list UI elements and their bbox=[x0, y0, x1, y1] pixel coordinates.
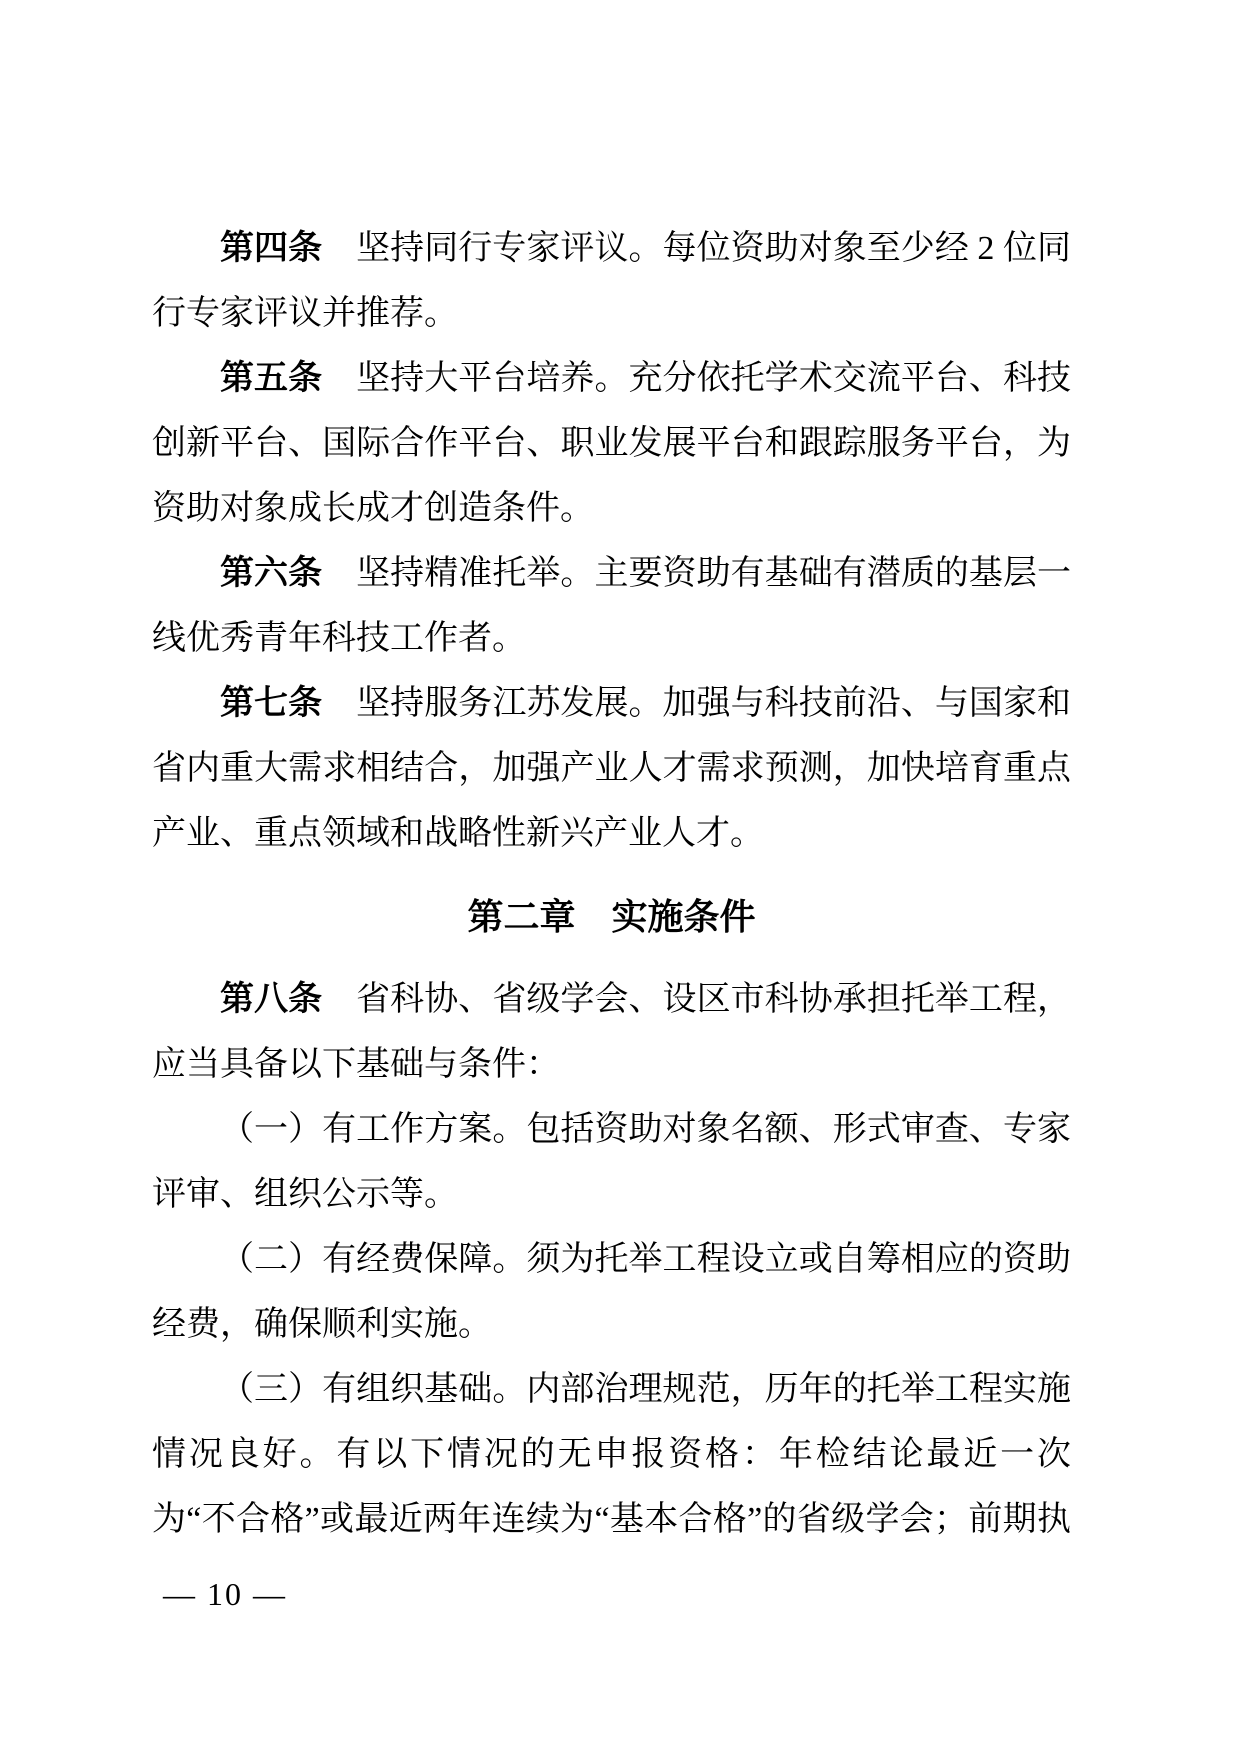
article-number: 第八条 bbox=[220, 981, 322, 1018]
article-paragraph: 第四条坚持同行专家评议。每位资助对象至少经 2 位同行专家评议并推荐。 bbox=[152, 216, 1071, 346]
article-paragraph: 第五条坚持大平台培养。充分依托学术交流平台、科技创新平台、国际合作平台、职业发展… bbox=[152, 346, 1071, 541]
article-paragraph: 第八条省科协、省级学会、设区市科协承担托举工程，应当具备以下基础与条件： bbox=[152, 967, 1071, 1097]
clause-paragraph: （一）有工作方案。包括资助对象名额、形式审查、专家评审、组织公示等。 bbox=[152, 1097, 1071, 1227]
document-body: 第四条坚持同行专家评议。每位资助对象至少经 2 位同行专家评议并推荐。 第五条坚… bbox=[152, 216, 1071, 1552]
clause-text: （三）有组织基础。内部治理规范，历年的托举工程实施情况良好。有以下情况的无申报资… bbox=[152, 1371, 1071, 1552]
article-number: 第四条 bbox=[220, 230, 322, 267]
page-number: — 10 — bbox=[163, 1562, 287, 1627]
article-paragraph: 第七条坚持服务江苏发展。加强与科技前沿、与国家和省内重大需求相结合，加强产业人才… bbox=[152, 671, 1071, 866]
clause-text: （一）有工作方案。包括资助对象名额、形式审查、专家评审、组织公示等。 bbox=[152, 1111, 1071, 1213]
chapter-heading: 第二章 实施条件 bbox=[152, 884, 1071, 949]
article-number: 第六条 bbox=[220, 555, 322, 592]
article-paragraph: 第六条坚持精准托举。主要资助有基础有潜质的基层一线优秀青年科技工作者。 bbox=[152, 541, 1071, 671]
document-page: 第四条坚持同行专家评议。每位资助对象至少经 2 位同行专家评议并推荐。 第五条坚… bbox=[0, 0, 1241, 1754]
article-number: 第五条 bbox=[220, 360, 322, 397]
clause-text: （二）有经费保障。须为托举工程设立或自筹相应的资助经费，确保顺利实施。 bbox=[152, 1241, 1071, 1343]
clause-paragraph: （三）有组织基础。内部治理规范，历年的托举工程实施情况良好。有以下情况的无申报资… bbox=[152, 1357, 1071, 1552]
article-number: 第七条 bbox=[220, 685, 322, 722]
clause-paragraph: （二）有经费保障。须为托举工程设立或自筹相应的资助经费，确保顺利实施。 bbox=[152, 1227, 1071, 1357]
